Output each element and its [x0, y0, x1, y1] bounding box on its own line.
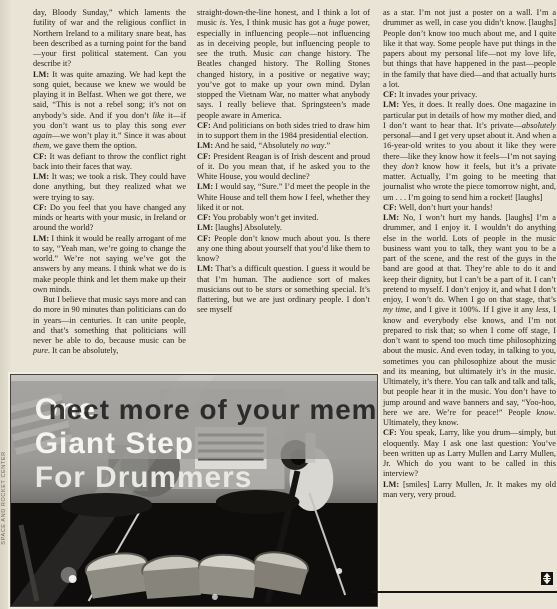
- drum-ad: One nect more of your mem Giant Step For…: [8, 372, 380, 609]
- ad-headline-line2: Giant Step: [35, 427, 194, 460]
- paragraph: LM: I would say, “Sure.” I’d meet the pe…: [197, 182, 370, 213]
- paragraph: CF: Well, don’t hurt your hands!: [383, 203, 556, 213]
- paragraph: CF: Do you feel that you have changed an…: [33, 203, 186, 234]
- bottom-rule: [371, 591, 557, 593]
- ad-ghost-headline: nect more of your mem: [49, 394, 377, 425]
- article-column-1: day, Bloody Sunday,” which laments the f…: [33, 8, 186, 357]
- paragraph: CF: President Reagan is of Irish descent…: [197, 152, 370, 183]
- paragraph: LM: [laughs] Absolutely.: [197, 223, 370, 233]
- article-column-2: straight-down-the-line honest, and I thi…: [197, 8, 370, 316]
- paragraph: CF: You probably won’t get invited.: [197, 213, 370, 223]
- paragraph: But I believe that music says more and c…: [33, 295, 186, 357]
- paragraph: LM: That’s a difficult question. I guess…: [197, 264, 370, 315]
- paragraph: CF: It invades your privacy.: [383, 90, 556, 100]
- paragraph: LM: No, I won’t hurt my hands. [laughs] …: [383, 213, 556, 428]
- paragraph: LM: It was quite amazing. We had kept th…: [33, 70, 186, 152]
- ad-photo: One nect more of your mem Giant Step For…: [10, 374, 378, 607]
- photo-credit-vertical: SPACE AND ROCKET CENTER: [1, 428, 7, 568]
- paragraph: LM: Yes, it does. It really does. One ma…: [383, 100, 556, 203]
- paragraph: LM: [smiles] Larry Mullen, Jr. It makes …: [383, 480, 556, 501]
- paragraph: CF: It was defiant to throw the conflict…: [33, 152, 186, 173]
- paragraph: LM: It was; we took a risk. They could h…: [33, 172, 186, 203]
- paragraph: CF: And politicians on both sides tried …: [197, 121, 370, 142]
- article-column-3: as a star. I’m not just a poster on a wa…: [383, 8, 556, 500]
- paragraph: as a star. I’m not just a poster on a wa…: [383, 8, 556, 90]
- end-of-article-icon: [541, 572, 553, 585]
- paragraph: CF: People don’t know much about you. Is…: [197, 234, 370, 265]
- drum-kit-illustration: One nect more of your mem Giant Step For…: [11, 375, 377, 606]
- paragraph: LM: I think it would be really arrogant …: [33, 234, 186, 296]
- paragraph: day, Bloody Sunday,” which laments the f…: [33, 8, 186, 70]
- paragraph: straight-down-the-line honest, and I thi…: [197, 8, 370, 121]
- paragraph: LM: And he said, “Absolutely no way.”: [197, 141, 370, 151]
- ad-headline-line3: For Drummers: [35, 461, 252, 494]
- paragraph: CF: You speak, Larry, like you drum—simp…: [383, 428, 556, 479]
